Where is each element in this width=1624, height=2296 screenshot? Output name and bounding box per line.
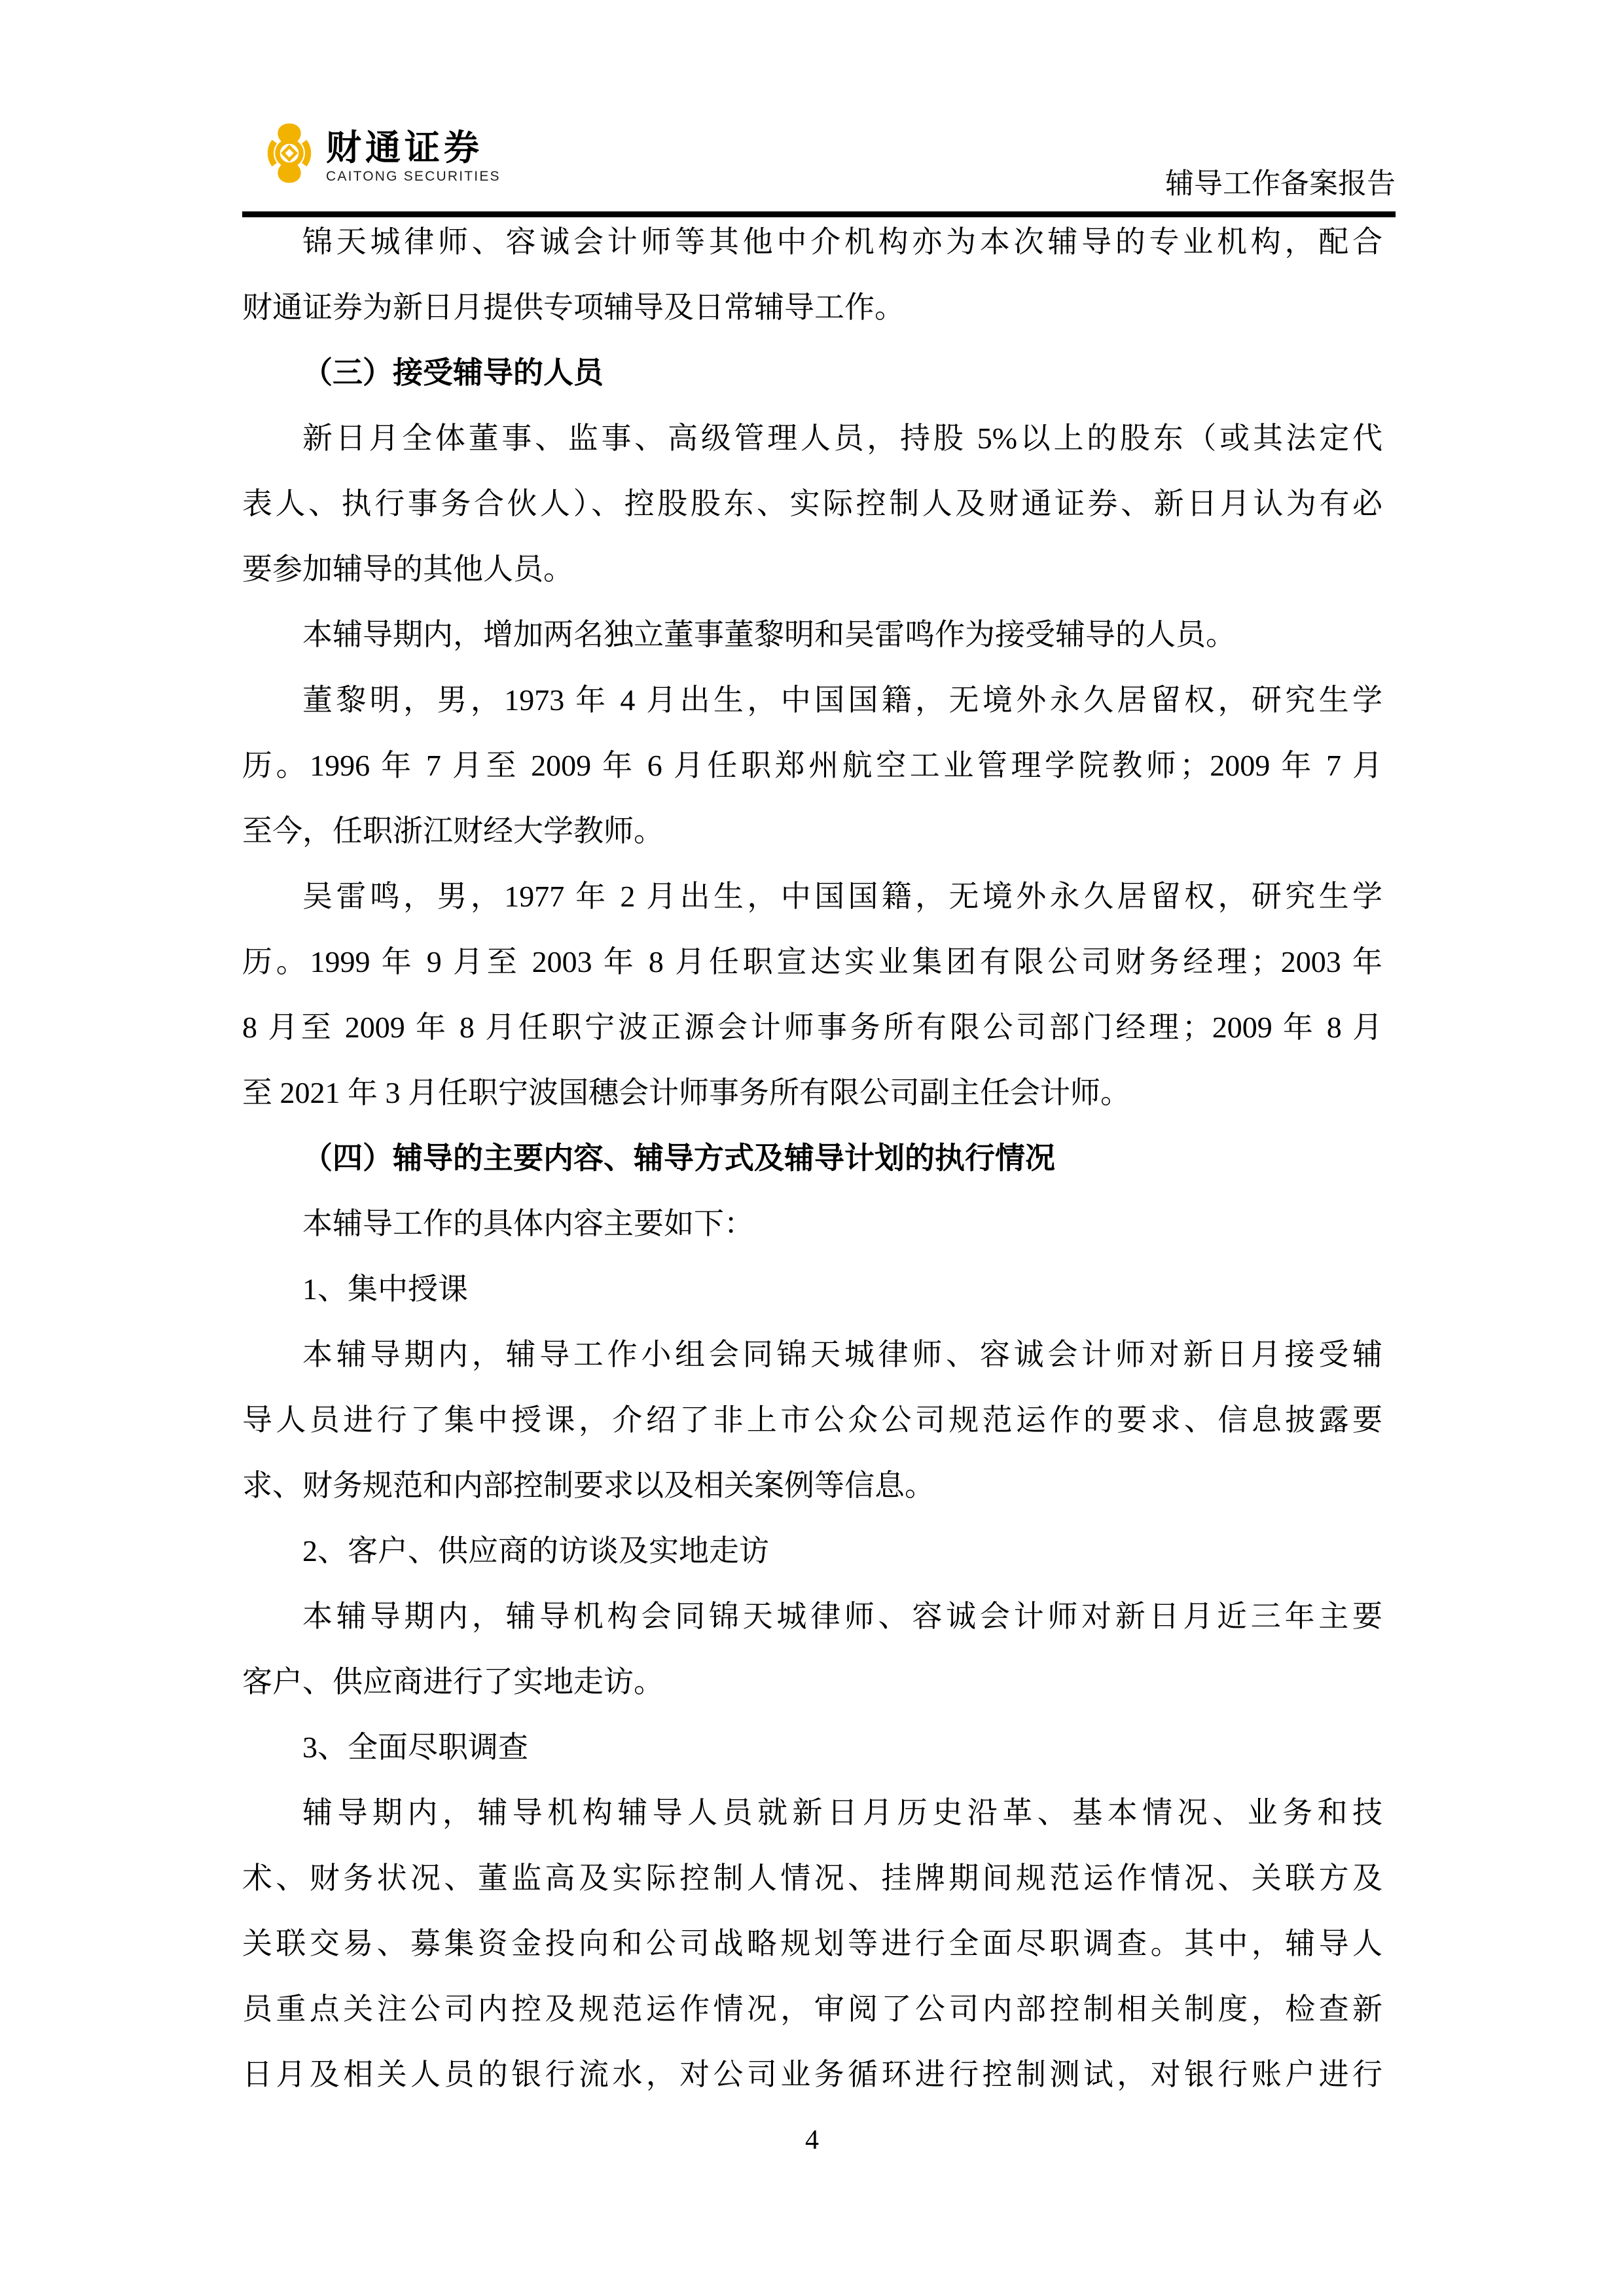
body-line: 8 月至 2009 年 8 月任职宁波正源会计师事务所有限公司部门经理；2009… [242, 995, 1382, 1060]
body-line: 员重点关注公司内控及规范运作情况，审阅了公司内部控制相关制度，检查新 [242, 1977, 1382, 2042]
body-line: 表人、执行事务合伙人）、控股股东、实际控制人及财通证券、新日月认为有必 [242, 471, 1382, 537]
body-line: 至今，任职浙江财经大学教师。 [242, 798, 1382, 864]
document-page: 财通证券 CAITONG SECURITIES 辅导工作备案报告 锦天城律师、容… [0, 0, 1624, 2296]
body-line: 2、客户、供应商的访谈及实地走访 [242, 1518, 1382, 1584]
body-line: 日月及相关人员的银行流水，对公司业务循环进行控制测试，对银行账户进行 [242, 2042, 1382, 2108]
body-line: 1、集中授课 [242, 1257, 1382, 1322]
body-line: 董黎明，男，1973 年 4 月出生，中国国籍，无境外永久居留权，研究生学 [242, 668, 1382, 733]
body-line: 本辅导期内，辅导机构会同锦天城律师、容诚会计师对新日月近三年主要 [242, 1584, 1382, 1649]
body-line: 本辅导工作的具体内容主要如下： [242, 1191, 1382, 1257]
body-text: 锦天城律师、容诚会计师等其他中介机构亦为本次辅导的专业机构，配合财通证券为新日月… [242, 209, 1382, 2108]
body-line: 术、财务状况、董监高及实际控制人情况、挂牌期间规范运作情况、关联方及 [242, 1846, 1382, 1911]
body-line: 本辅导期内，辅导工作小组会同锦天城律师、容诚会计师对新日月接受辅 [242, 1322, 1382, 1388]
body-line: 财通证券为新日月提供专项辅导及日常辅导工作。 [242, 275, 1382, 340]
body-line: 要参加辅导的其他人员。 [242, 537, 1382, 602]
body-line: 吴雷鸣，男，1977 年 2 月出生，中国国籍，无境外永久居留权，研究生学 [242, 864, 1382, 929]
body-line: 关联交易、募集资金投向和公司战略规划等进行全面尽职调查。其中，辅导人 [242, 1911, 1382, 1977]
body-line: 3、全面尽职调查 [242, 1715, 1382, 1780]
body-line: （三）接受辅导的人员 [242, 340, 1382, 406]
logo-name-en: CAITONG SECURITIES [326, 168, 501, 185]
body-line: 新日月全体董事、监事、高级管理人员，持股 5%以上的股东（或其法定代 [242, 406, 1382, 471]
page-number: 4 [0, 2125, 1624, 2156]
body-line: 求、财务规范和内部控制要求以及相关案例等信息。 [242, 1453, 1382, 1518]
body-line: 至 2021 年 3 月任职宁波国穗会计师事务所有限公司副主任会计师。 [242, 1060, 1382, 1126]
body-line: 本辅导期内，增加两名独立董事董黎明和吴雷鸣作为接受辅导的人员。 [242, 602, 1382, 668]
body-line: 锦天城律师、容诚会计师等其他中介机构亦为本次辅导的专业机构，配合 [242, 209, 1382, 275]
logo: 财通证券 CAITONG SECURITIES [262, 123, 501, 185]
body-line: 历。1996 年 7 月至 2009 年 6 月任职郑州航空工业管理学院教师；2… [242, 733, 1382, 798]
body-line: 导人员进行了集中授课，介绍了非上市公众公司规范运作的要求、信息披露要 [242, 1388, 1382, 1453]
logo-text: 财通证券 CAITONG SECURITIES [326, 123, 501, 185]
body-line: 客户、供应商进行了实地走访。 [242, 1649, 1382, 1715]
body-line: 历。1999 年 9 月至 2003 年 8 月任职宣达实业集团有限公司财务经理… [242, 929, 1382, 995]
body-line: 辅导期内，辅导机构辅导人员就新日月历史沿革、基本情况、业务和技 [242, 1780, 1382, 1846]
logo-name-cn: 财通证券 [326, 130, 501, 166]
header-doc-title: 辅导工作备案报告 [1165, 168, 1396, 200]
caitong-emblem-icon [262, 123, 317, 183]
body-line: （四）辅导的主要内容、辅导方式及辅导计划的执行情况 [242, 1126, 1382, 1191]
